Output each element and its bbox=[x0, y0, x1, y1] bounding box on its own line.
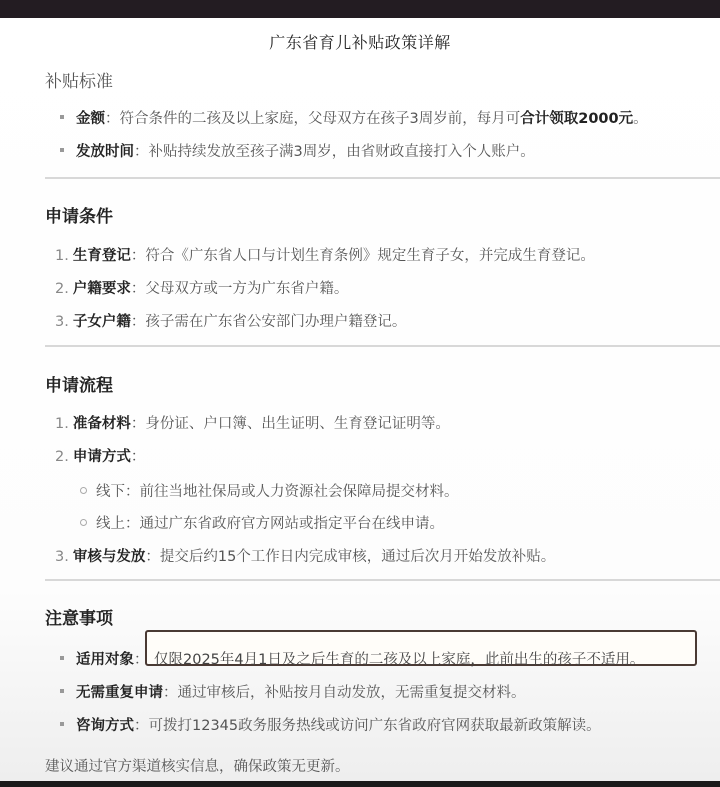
list-item: 1.准备材料：身份证、户口簿、出生证明、生育登记证明等。 bbox=[55, 412, 450, 433]
bullet-icon bbox=[60, 656, 64, 660]
section-divider bbox=[45, 345, 720, 347]
section-heading-standard: 补贴标准 bbox=[45, 67, 113, 92]
list-item: 金额：符合条件的二孩及以上家庭，父母双方在孩子3周岁前，每月可合计领取2000元… bbox=[60, 107, 648, 128]
bullet-icon bbox=[60, 148, 64, 152]
list-item: 适用对象： bbox=[60, 648, 149, 669]
sub-list-item: 线下：前往当地社保局或人力资源社会保障局提交材料。 bbox=[80, 480, 459, 501]
section-divider bbox=[45, 579, 720, 581]
section-heading-notes: 注意事项 bbox=[45, 604, 113, 629]
top-dark-bar bbox=[0, 0, 720, 18]
sub-list-item: 线上：通过广东省政府官方网站或指定平台在线申请。 bbox=[80, 512, 444, 533]
list-item: 咨询方式：可拨打12345政务服务热线或访问广东省政府官网获取最新政策解读。 bbox=[60, 714, 601, 735]
highlighted-text: 仅限2025年4月1日及之后生育的二孩及以上家庭，此前出生的孩子不适用。 bbox=[154, 648, 644, 669]
circle-bullet-icon bbox=[80, 519, 87, 526]
list-item: 3.审核与发放：提交后约15个工作日内完成审核，通过后次月开始发放补贴。 bbox=[55, 545, 555, 566]
section-divider bbox=[45, 177, 720, 179]
section-heading-process: 申请流程 bbox=[45, 371, 113, 396]
list-item: 无需重复申请：通过审核后，补贴按月自动发放，无需重复提交材料。 bbox=[60, 681, 526, 702]
bottom-dark-bar bbox=[0, 781, 720, 787]
list-item: 2.申请方式： bbox=[55, 445, 145, 466]
list-item: 3.子女户籍：孩子需在广东省公安部门办理户籍登记。 bbox=[55, 310, 406, 331]
list-item: 2.户籍要求：父母双方或一方为广东省户籍。 bbox=[55, 277, 348, 298]
list-item: 发放时间：补贴持续发放至孩子满3周岁，由省财政直接打入个人账户。 bbox=[60, 140, 535, 161]
bullet-icon bbox=[60, 689, 64, 693]
section-heading-conditions: 申请条件 bbox=[45, 202, 113, 227]
bullet-icon bbox=[60, 115, 64, 119]
bullet-icon bbox=[60, 722, 64, 726]
list-item: 1.生育登记：符合《广东省人口与计划生育条例》规定生育子女，并完成生育登记。 bbox=[55, 244, 595, 265]
circle-bullet-icon bbox=[80, 487, 87, 494]
footer-note: 建议通过官方渠道核实信息，确保政策无更新。 bbox=[45, 755, 350, 776]
document-title: 广东省育儿补贴政策详解 bbox=[0, 30, 720, 53]
